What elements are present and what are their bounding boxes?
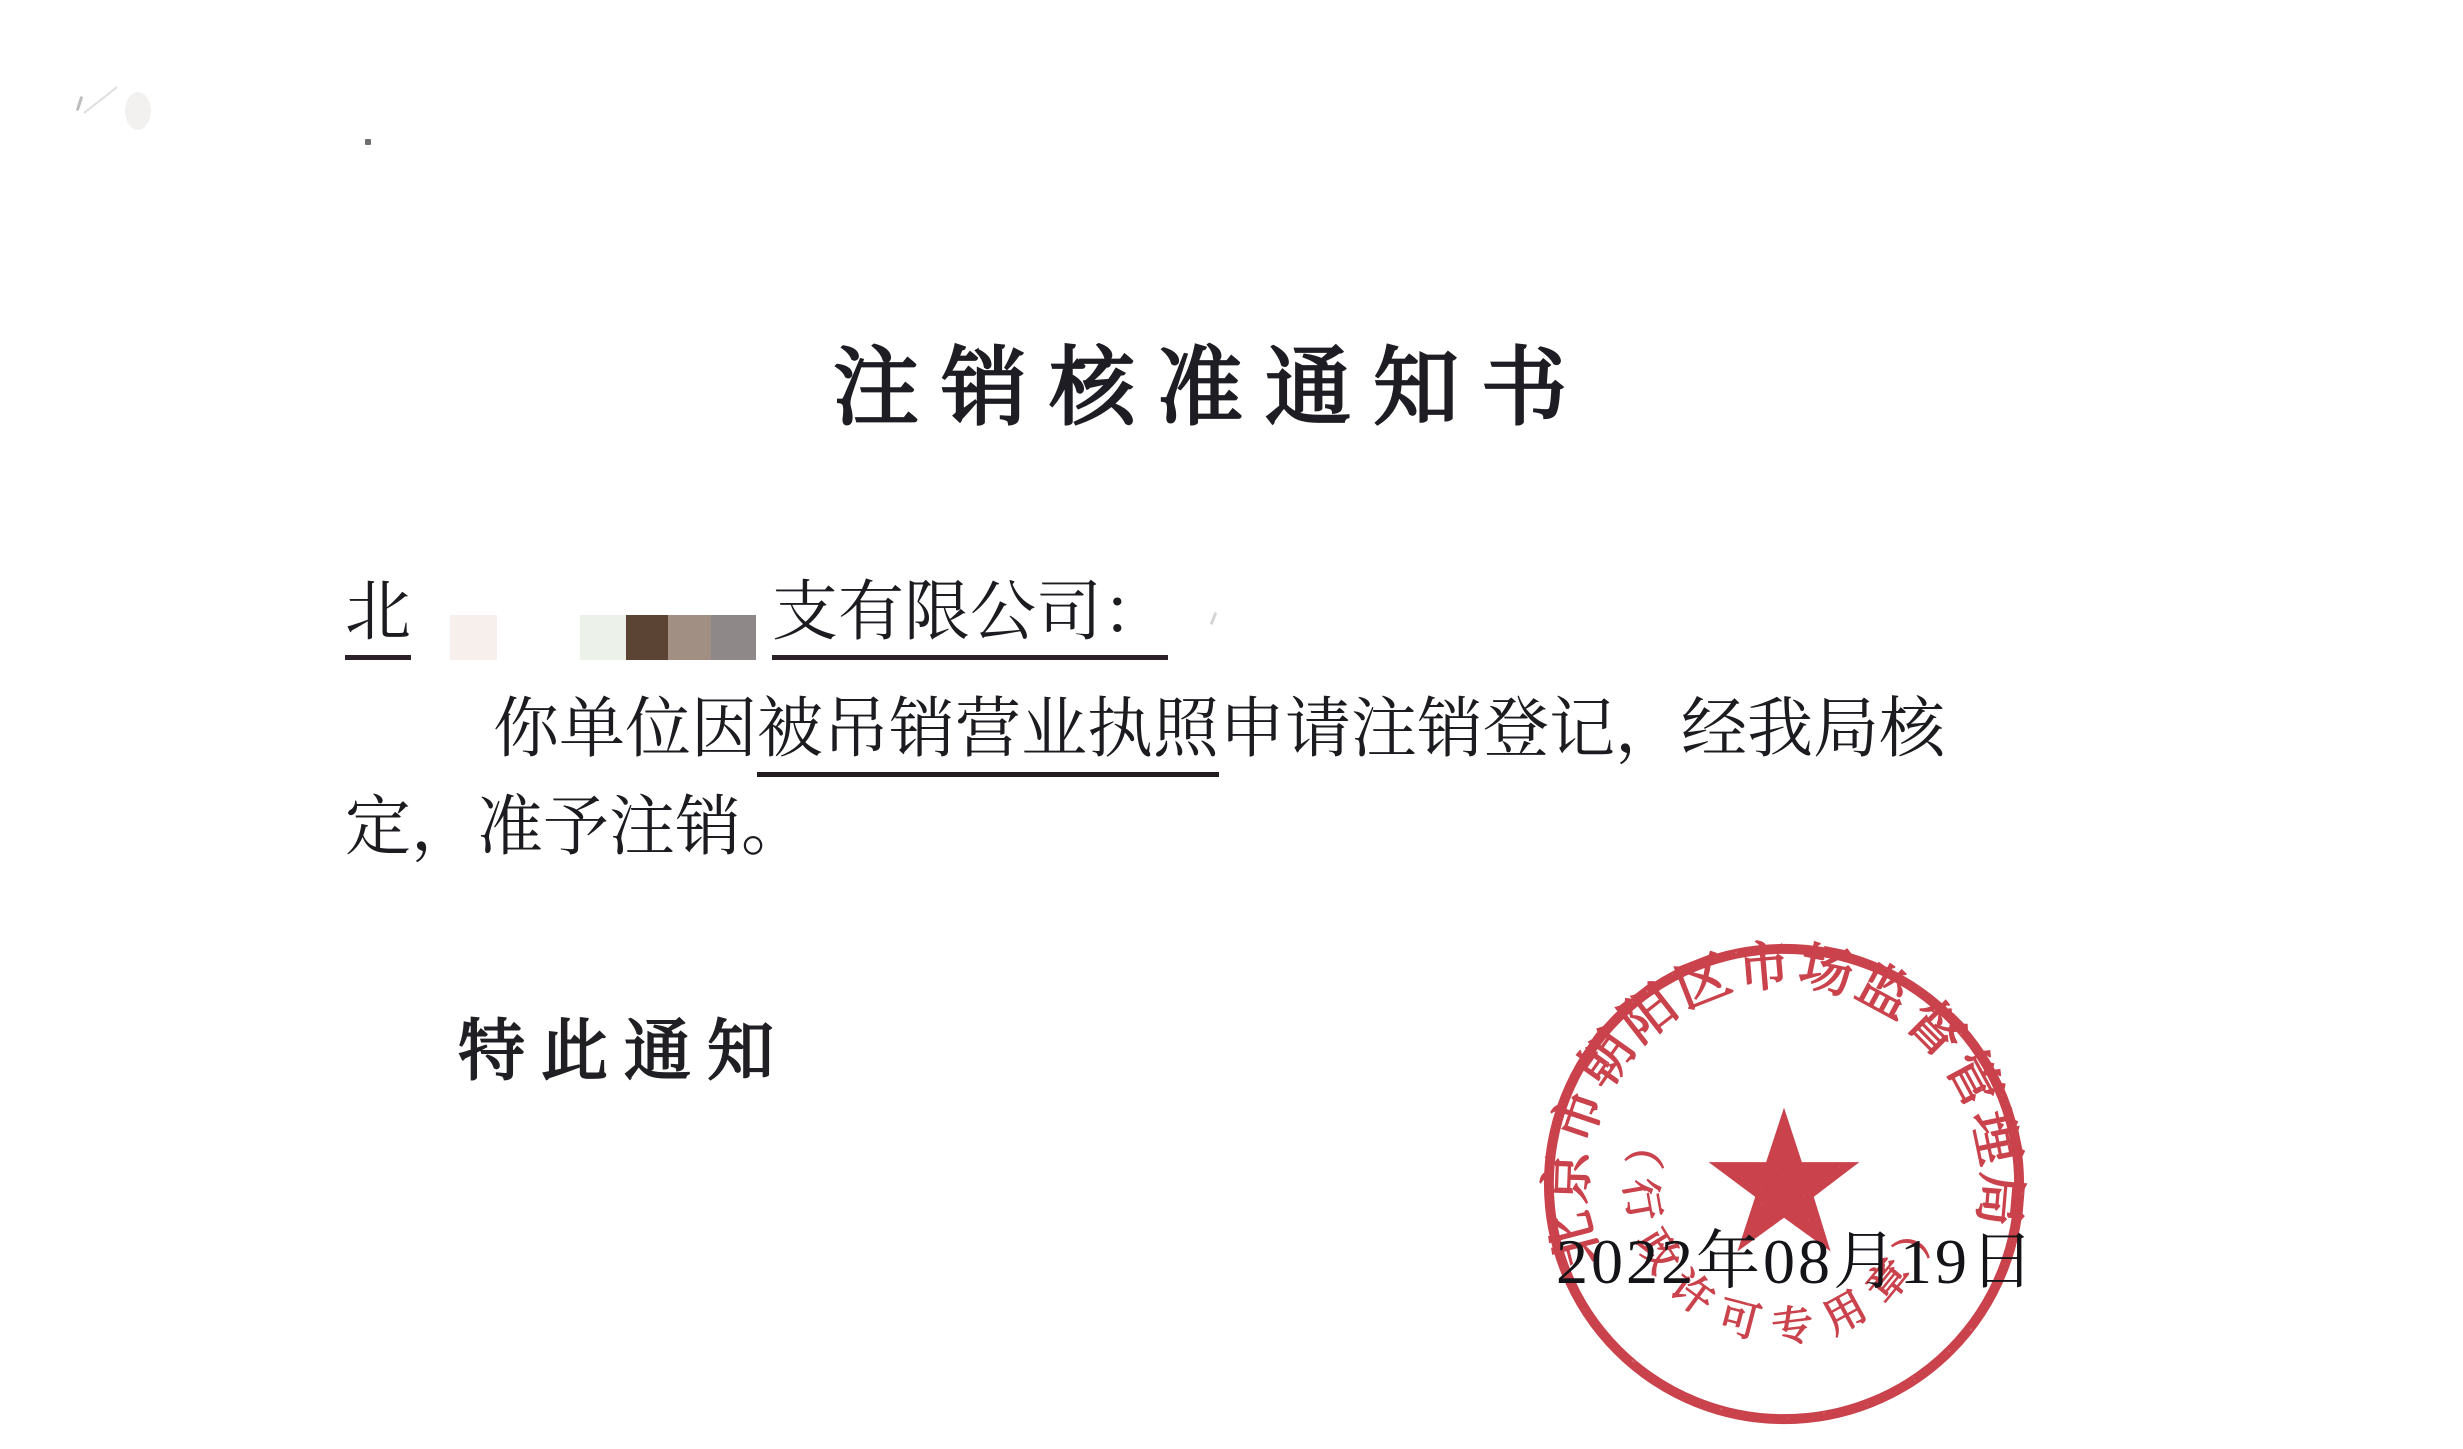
body-line-1-post: 申请注销登记，经我局核 bbox=[1219, 693, 1945, 766]
scan-artifact-speck bbox=[365, 139, 371, 145]
recipient-prefix: 北 bbox=[345, 575, 411, 660]
document-page: 注销核准通知书 北 支有限公司： 你单位因被吊销营业执照申请注销登记，经我局核 … bbox=[0, 0, 2463, 1449]
redaction-block bbox=[668, 615, 711, 660]
redaction-block bbox=[450, 615, 497, 660]
body-line-1-pre: 你单位因 bbox=[493, 693, 757, 766]
body-line-1: 你单位因被吊销营业执照申请注销登记，经我局核 bbox=[493, 692, 1945, 768]
scan-artifact-streak bbox=[83, 86, 117, 113]
scan-artifact-tick bbox=[76, 96, 83, 111]
issue-date: 2022年08月19日 bbox=[1556, 1210, 2037, 1302]
body-line-1-underlined: 被吊销营业执照 bbox=[757, 693, 1219, 777]
redaction-block bbox=[626, 615, 668, 660]
official-seal: 北京市朝阳区市场监督管理局 （行政许可专用章） bbox=[1536, 936, 2032, 1432]
recipient-line: 北 支有限公司： bbox=[345, 575, 1645, 667]
document-title: 注销核准通知书 bbox=[833, 318, 1589, 442]
recipient-suffix: 支有限公司： bbox=[772, 575, 1168, 660]
closing-statement: 特此通知 bbox=[458, 998, 790, 1094]
scan-artifact-blob bbox=[125, 92, 151, 130]
redaction-block bbox=[711, 615, 756, 660]
redaction-block bbox=[580, 615, 626, 660]
body-line-2: 定，准予注销。 bbox=[345, 790, 807, 866]
redacted-company-name bbox=[445, 575, 775, 661]
